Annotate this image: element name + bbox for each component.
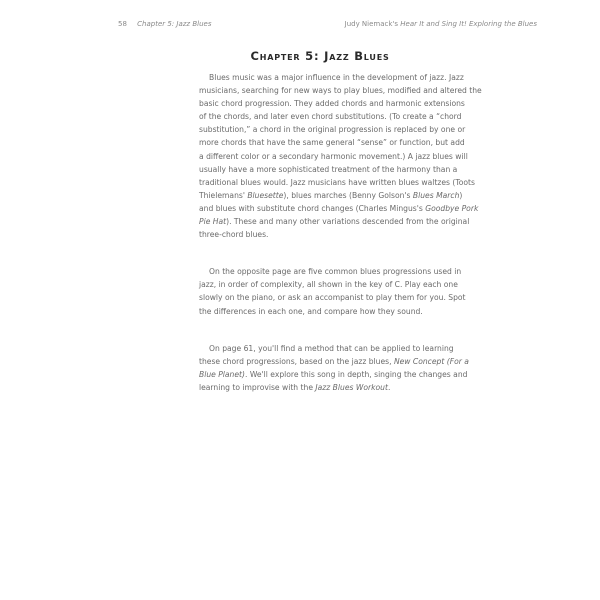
text-line: Thielemans' Bluesette), blues marches (B… xyxy=(199,189,449,202)
text-line: learning to improvise with the Jazz Blue… xyxy=(199,381,449,394)
page-number: 58 xyxy=(118,20,127,28)
text-span: . We'll explore this song in depth, sing… xyxy=(245,370,467,379)
text-line: jazz, in order of complexity, all shown … xyxy=(199,278,449,291)
body-text: Blues music was a major influence in the… xyxy=(199,71,449,394)
text-span: and blues with substitute chord changes … xyxy=(199,204,425,213)
text-span: . xyxy=(388,383,390,392)
text-span: ) xyxy=(459,191,462,200)
text-line: more chords that have the same general “… xyxy=(199,136,449,149)
text-line: On the opposite page are five common blu… xyxy=(199,265,449,278)
song-title-bluesette: Bluesette xyxy=(247,191,283,200)
paragraph-3: On page 61, you'll find a method that ca… xyxy=(199,342,449,394)
paragraph-1: Blues music was a major influence in the… xyxy=(199,71,449,241)
song-title-new-concept-cont: Blue Planet) xyxy=(199,370,245,379)
text-line: usually have a more sophisticated treatm… xyxy=(199,163,449,176)
song-title-goodbye-pork-pie-hat: Goodbye Pork xyxy=(425,204,478,213)
text-line: Pie Hat). These and many other variation… xyxy=(199,215,449,228)
text-line: three-chord blues. xyxy=(199,228,449,241)
text-line: On page 61, you'll find a method that ca… xyxy=(199,342,449,355)
text-line: these chord progressions, based on the j… xyxy=(199,355,449,368)
text-line: Blue Planet). We'll explore this song in… xyxy=(199,368,449,381)
chapter-running-head: Chapter 5: Jazz Blues xyxy=(137,20,211,28)
text-line: traditional blues would. Jazz musicians … xyxy=(199,176,449,189)
text-line: substitution,” a chord in the original p… xyxy=(199,123,449,136)
text-line: slowly on the piano, or ask an accompani… xyxy=(199,291,449,304)
text-span: these chord progressions, based on the j… xyxy=(199,357,394,366)
paragraph-2: On the opposite page are five common blu… xyxy=(199,265,449,317)
text-line: and blues with substitute chord changes … xyxy=(199,202,449,215)
song-title-blues-march: Blues March xyxy=(413,191,460,200)
text-line: musicians, searching for new ways to pla… xyxy=(199,84,449,97)
song-title-new-concept: New Concept (For a xyxy=(394,357,469,366)
book-author-running-head: Judy Niemack's xyxy=(345,20,398,28)
book-title-running-head: Hear It and Sing It! Exploring the Blues xyxy=(400,20,537,28)
text-span: learning to improvise with the xyxy=(199,383,315,392)
running-header-left: 58 Chapter 5: Jazz Blues xyxy=(118,20,211,28)
running-header-right: Judy Niemack's Hear It and Sing It! Expl… xyxy=(345,20,537,28)
song-title-goodbye-pork-pie-hat-cont: Pie Hat xyxy=(199,217,226,226)
paragraph-gap xyxy=(199,318,449,342)
text-line: the differences in each one, and compare… xyxy=(199,305,449,318)
text-span: Thielemans' xyxy=(199,191,247,200)
text-line: of the chords, and later even chord subs… xyxy=(199,110,449,123)
workout-title: Jazz Blues Workout xyxy=(315,383,388,392)
text-line: basic chord progression. They added chor… xyxy=(199,97,449,110)
chapter-title: Chapter 5: Jazz Blues xyxy=(0,49,600,63)
text-span: ), blues marches (Benny Golson's xyxy=(283,191,413,200)
text-line: Blues music was a major influence in the… xyxy=(199,71,449,84)
paragraph-gap xyxy=(199,241,449,265)
text-line: a different color or a secondary harmoni… xyxy=(199,150,449,163)
text-span: ). These and many other variations desce… xyxy=(226,217,469,226)
